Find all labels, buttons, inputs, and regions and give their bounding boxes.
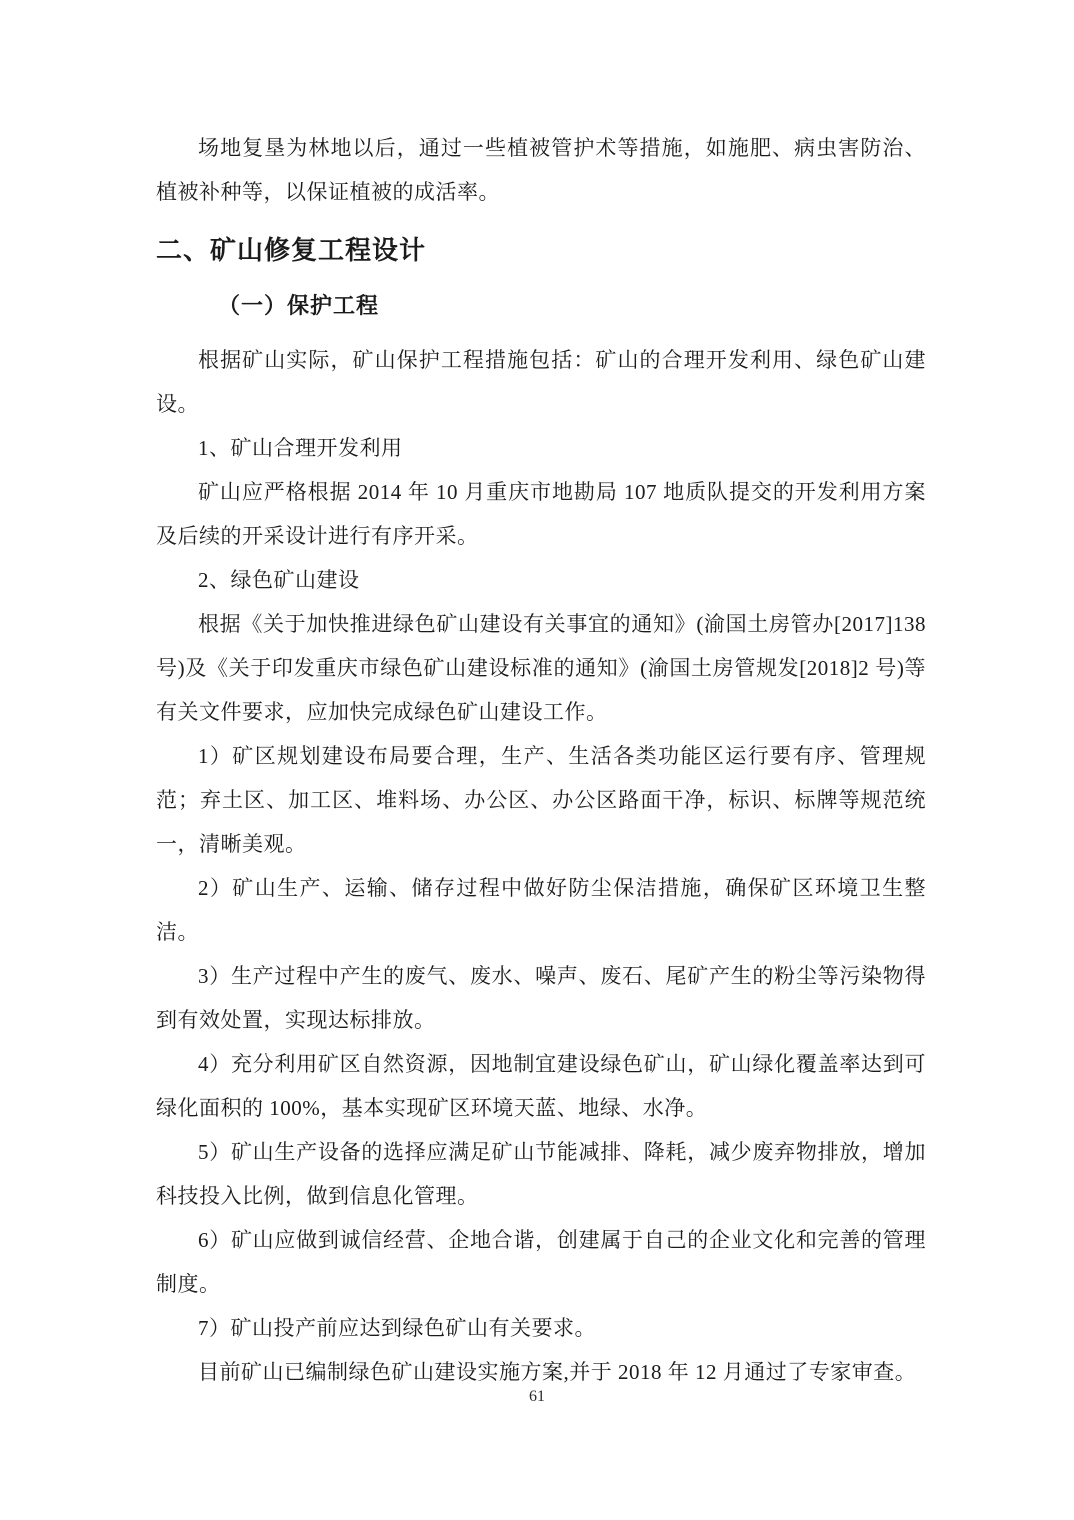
paragraph: 7）矿山投产前应达到绿色矿山有关要求。 xyxy=(156,1306,926,1350)
paragraph: 2）矿山生产、运输、储存过程中做好防尘保洁措施，确保矿区环境卫生整洁。 xyxy=(156,866,926,954)
paragraph: 5）矿山生产设备的选择应满足矿山节能减排、降耗，减少废弃物排放，增加科技投入比例… xyxy=(156,1130,926,1218)
paragraph: 6）矿山应做到诚信经营、企地合谐，创建属于自己的企业文化和完善的管理制度。 xyxy=(156,1218,926,1306)
paragraph: 场地复垦为林地以后，通过一些植被管护术等措施，如施肥、病虫害防治、植被补种等，以… xyxy=(156,126,926,214)
heading1: 二、矿山修复工程设计 xyxy=(156,226,926,276)
page-number: 61 xyxy=(0,1386,1074,1408)
paragraph: 4）充分利用矿区自然资源，因地制宜建设绿色矿山，矿山绿化覆盖率达到可绿化面积的 … xyxy=(156,1042,926,1130)
document-page: 场地复垦为林地以后，通过一些植被管护术等措施，如施肥、病虫害防治、植被补种等，以… xyxy=(0,0,1074,1520)
paragraph: 1、矿山合理开发利用 xyxy=(156,426,926,470)
paragraph: 根据《关于加快推进绿色矿山建设有关事宜的通知》(渝国土房管办[2017]138 … xyxy=(156,602,926,734)
paragraph: 2、绿色矿山建设 xyxy=(156,558,926,602)
paragraph: 矿山应严格根据 2014 年 10 月重庆市地勘局 107 地质队提交的开发利用… xyxy=(156,470,926,558)
paragraph: 根据矿山实际，矿山保护工程措施包括：矿山的合理开发利用、绿色矿山建设。 xyxy=(156,338,926,426)
paragraph: 1）矿区规划建设布局要合理，生产、生活各类功能区运行要有序、管理规范；弃土区、加… xyxy=(156,734,926,866)
heading2: （一）保护工程 xyxy=(218,284,926,328)
paragraph: 3）生产过程中产生的废气、废水、噪声、废石、尾矿产生的粉尘等污染物得到有效处置，… xyxy=(156,954,926,1042)
document-body: 场地复垦为林地以后，通过一些植被管护术等措施，如施肥、病虫害防治、植被补种等，以… xyxy=(0,0,1074,1394)
